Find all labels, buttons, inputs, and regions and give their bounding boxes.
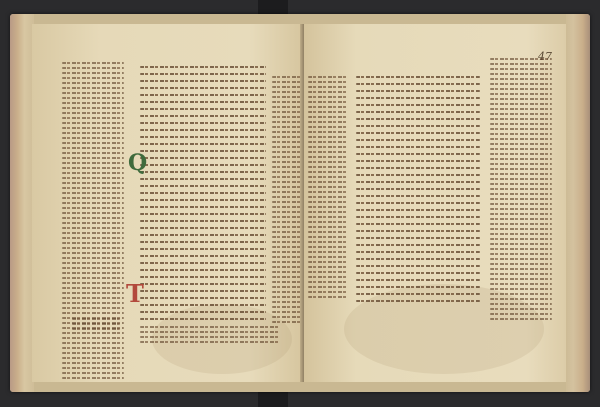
left-page-edges [10, 14, 34, 392]
red-initial-t: T [126, 279, 144, 308]
right-page: 47 [304, 24, 566, 382]
right-outer-gloss [490, 58, 552, 323]
left-lower-gloss [140, 326, 280, 346]
right-inner-gloss [308, 76, 348, 301]
left-page: Q T [32, 24, 304, 382]
right-page-edges [566, 14, 590, 392]
left-inner-gloss [272, 76, 302, 326]
decorated-initial-q: Q [128, 150, 147, 176]
left-outer-gloss [62, 62, 124, 382]
left-main-text [140, 66, 266, 325]
manuscript-codex: Q T 47 [10, 14, 590, 392]
left-bottom-note [72, 318, 120, 333]
right-main-text [356, 76, 480, 307]
